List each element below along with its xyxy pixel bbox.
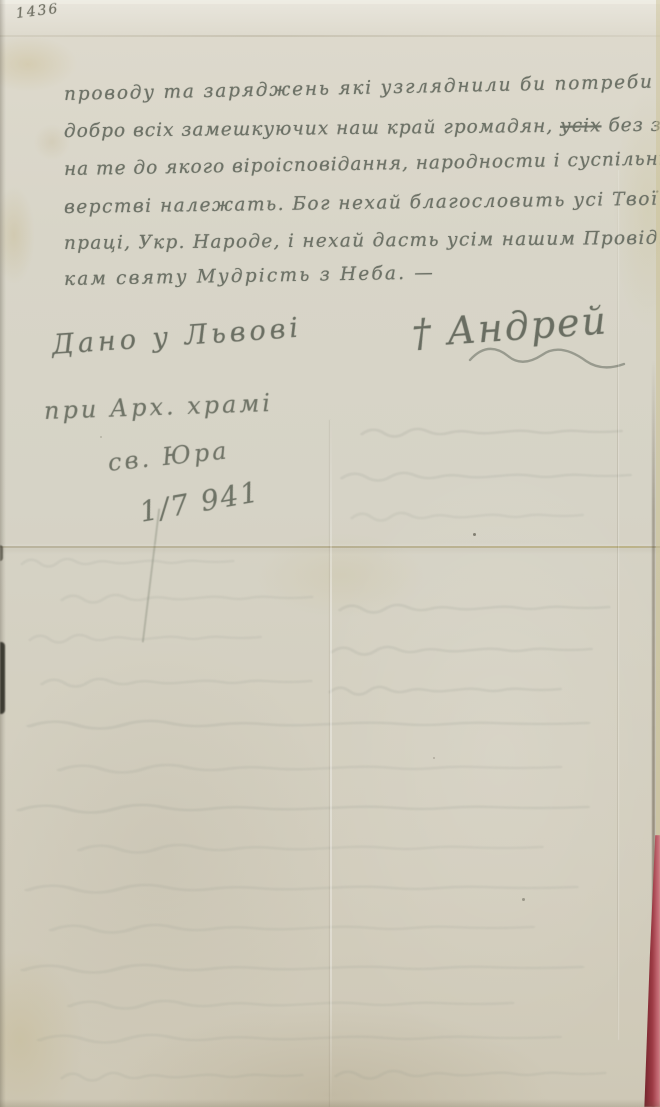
signature-flourish [468,340,628,374]
page-edge-bottom-shadow [0,1099,660,1107]
horizontal-fold-top [0,35,660,37]
handwritten-line-2-suffix: без згляду [608,114,660,136]
paper-speck [473,533,476,536]
vertical-fold-center [330,420,332,1107]
handwritten-line-2-struck-word: усіх [560,115,602,136]
handwritten-line-6: кам святу Мудрість з Неба. — [64,263,435,290]
vertical-crease-right [617,170,618,1040]
handwritten-line-3: на те до якого віроісповідання, народнос… [64,148,660,180]
binding-shadow-notch [0,545,3,561]
handwritten-line-2: добро всіх замешкуючих наш край громадян… [64,114,660,142]
dateline-place: Дано у Львові [51,313,303,361]
handwritten-line-2-prefix: добро всіх замешкуючих наш край громадян… [64,116,553,142]
paper-speck [100,436,102,438]
manuscript-scan: 1436 проводу та заряджень які узгляднили… [0,0,660,1107]
handwritten-line-5: праці, Укр. Народе, і нехай дасть усім н… [64,228,660,254]
binding-shadow-blob [0,642,5,714]
page-edge-top [0,0,660,4]
paper-speck [522,898,525,901]
handwritten-line-1: проводу та заряджень які узгляднили би п… [64,71,660,105]
paper-speck [433,757,435,759]
handwritten-line-4: верстві належать. Бог нехай благословить… [64,189,659,218]
